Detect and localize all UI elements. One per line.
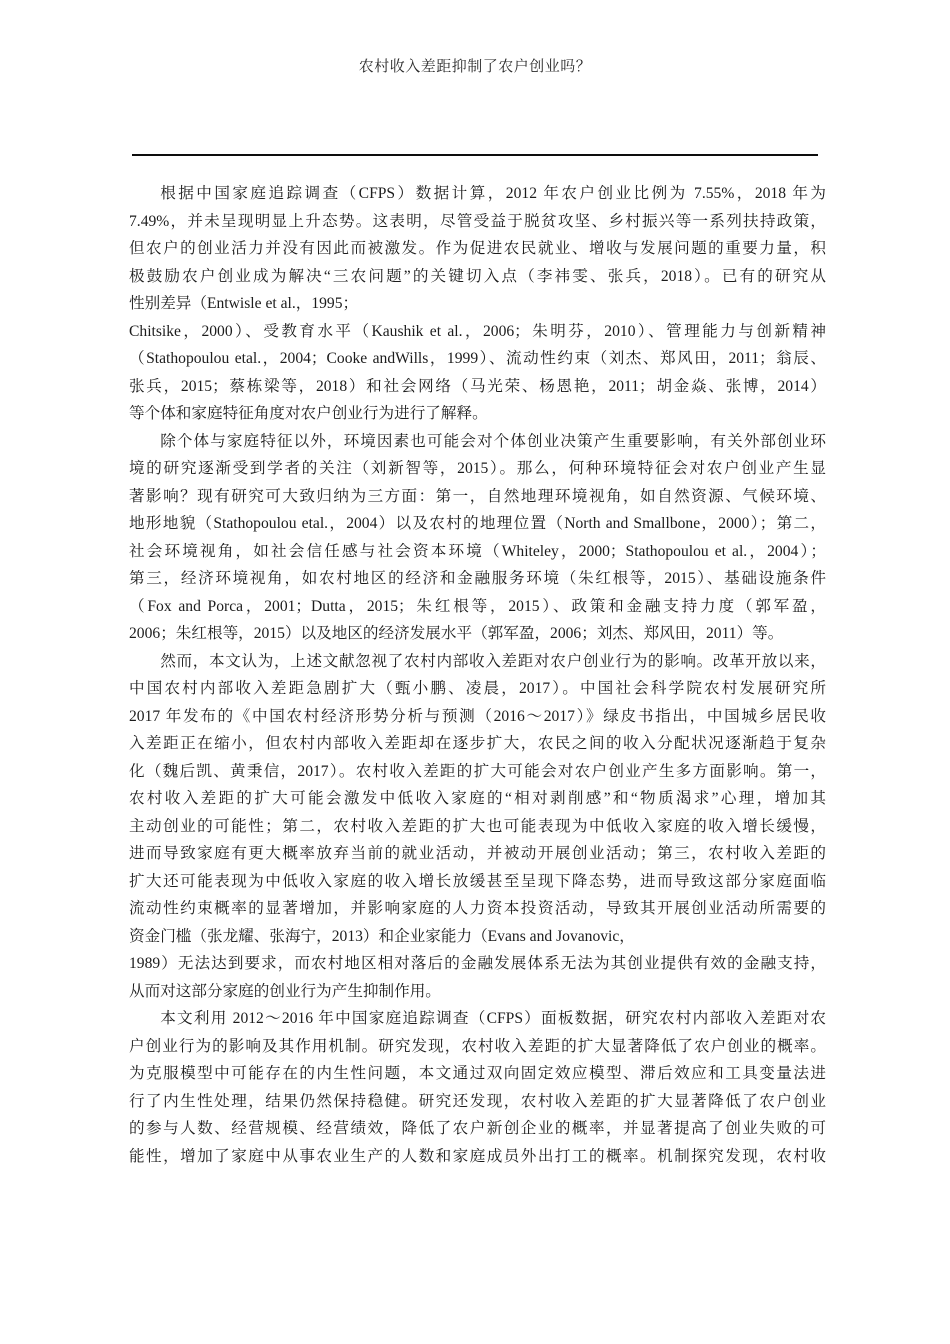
text-line: 根据中国家庭追踪调查（CFPS）数据计算，2012 年农户创业比例为 7.55%… [129,180,826,208]
text-line: 地形地貌（Stathopoulou etal.，2004）以及农村的地理位置（N… [129,510,826,538]
text-line: 然而，本文认为，上述文献忽视了农村内部收入差距对农户创业行为的影响。改革开放以来… [129,648,826,676]
text-line: 主动创业的可能性；第二，农村收入差距的扩大也可能表现为中低收入家庭的收入增长缓慢… [129,813,826,841]
text-line: 扩大还可能表现为中低收入家庭的收入增长放缓甚至呈现下降态势，进而导致这部分家庭面… [129,868,826,896]
document-body: 根据中国家庭追踪调查（CFPS）数据计算，2012 年农户创业比例为 7.55%… [129,180,826,1170]
text-line: 极鼓励农户创业成为解决“三农问题”的关键切入点（李祎雯、张兵，2018）。已有的… [129,263,826,291]
text-line: 性别差异（Entwisle et al.，1995； [129,290,826,318]
text-line: 行了内生性处理，结果仍然保持稳健。研究还发现，农村收入差距的扩大显著降低了农户创… [129,1088,826,1116]
page-title: 农村收入差距抑制了农户创业吗？ [0,57,950,77]
text-line: 中国农村内部收入差距急剧扩大（甄小鹏、凌晨，2017）。中国社会科学院农村发展研… [129,675,826,703]
text-line: 流动性约束概率的显著增加，并影响家庭的人力资本投资活动，导致其开展创业活动所需要… [129,895,826,923]
text-line: 化（魏后凯、黄秉信，2017）。农村收入差距的扩大可能会对农户创业产生多方面影响… [129,758,826,786]
text-line: 本文利用 2012～2016 年中国家庭追踪调查（CFPS）面板数据，研究农村内… [129,1005,826,1033]
text-line: 但农户的创业活力并没有因此而被激发。作为促进农民就业、增收与发展问题的重要力量，… [129,235,826,263]
text-line: 境的研究逐渐受到学者的关注（刘新智等，2015）。那么，何种环境特征会对农户创业… [129,455,826,483]
text-line: 入差距正在缩小，但农村内部收入差距却在逐步扩大，农民之间的收入分配状况逐渐趋于复… [129,730,826,758]
text-line: 2017 年发布的《中国农村经济形势分析与预测（2016～2017）》绿皮书指出… [129,703,826,731]
text-line: 第三，经济环境视角，如农村地区的经济和金融服务环境（朱红根等，2015）、基础设… [129,565,826,593]
text-line: 为克服模型中可能存在的内生性问题，本文通过双向固定效应模型、滞后效应和工具变量法… [129,1060,826,1088]
text-line: 1989）无法达到要求，而农村地区相对落后的金融发展体系无法为其创业提供有效的金… [129,950,826,978]
header-separator-line [132,154,818,156]
text-line: 除个体与家庭特征以外，环境因素也可能会对个体创业决策产生重要影响，有关外部创业环 [129,428,826,456]
text-line: 社会环境视角，如社会信任感与社会资本环境（Whiteley，2000；Stath… [129,538,826,566]
text-line: 从而对这部分家庭的创业行为产生抑制作用。 [129,978,826,1006]
text-line: 2006；朱红根等，2015）以及地区的经济发展水平（郭军盈，2006；刘杰、郑… [129,620,826,648]
text-line: 能性，增加了家庭中从事农业生产的人数和家庭成员外出打工的概率。机制探究发现，农村… [129,1143,826,1171]
text-line: 进而导致家庭有更大概率放弃当前的就业活动，并被动开展创业活动；第三，农村收入差距… [129,840,826,868]
document-page: 农村收入差距抑制了农户创业吗？ 根据中国家庭追踪调查（CFPS）数据计算，201… [0,0,950,1344]
text-line: （Stathopoulou etal.，2004；Cooke andWills，… [129,345,826,373]
text-line: 的参与人数、经营规模、经营绩效，降低了农户新创企业的概率，并显著提高了创业失败的… [129,1115,826,1143]
text-line: 等个体和家庭特征角度对农户创业行为进行了解释。 [129,400,826,428]
text-line: Chitsike，2000）、受教育水平（Kaushik et al.，2006… [129,318,826,346]
text-line: 农村收入差距的扩大可能会激发中低收入家庭的“相对剥削感”和“物质渴求”心理，增加… [129,785,826,813]
text-line: 张兵，2015；蔡栋梁等，2018）和社会网络（马光荣、杨恩艳，2011；胡金焱… [129,373,826,401]
text-line: （Fox and Porca，2001；Dutta，2015；朱红根等，2015… [129,593,826,621]
text-line: 7.49%，并未呈现明显上升态势。这表明，尽管受益于脱贫攻坚、乡村振兴等一系列扶… [129,208,826,236]
text-line: 著影响？现有研究可大致归纳为三方面：第一，自然地理环境视角，如自然资源、气候环境… [129,483,826,511]
text-line: 资金门槛（张龙耀、张海宁，2013）和企业家能力（Evans and Jovan… [129,923,826,951]
text-line: 户创业行为的影响及其作用机制。研究发现，农村收入差距的扩大显著降低了农户创业的概… [129,1033,826,1061]
